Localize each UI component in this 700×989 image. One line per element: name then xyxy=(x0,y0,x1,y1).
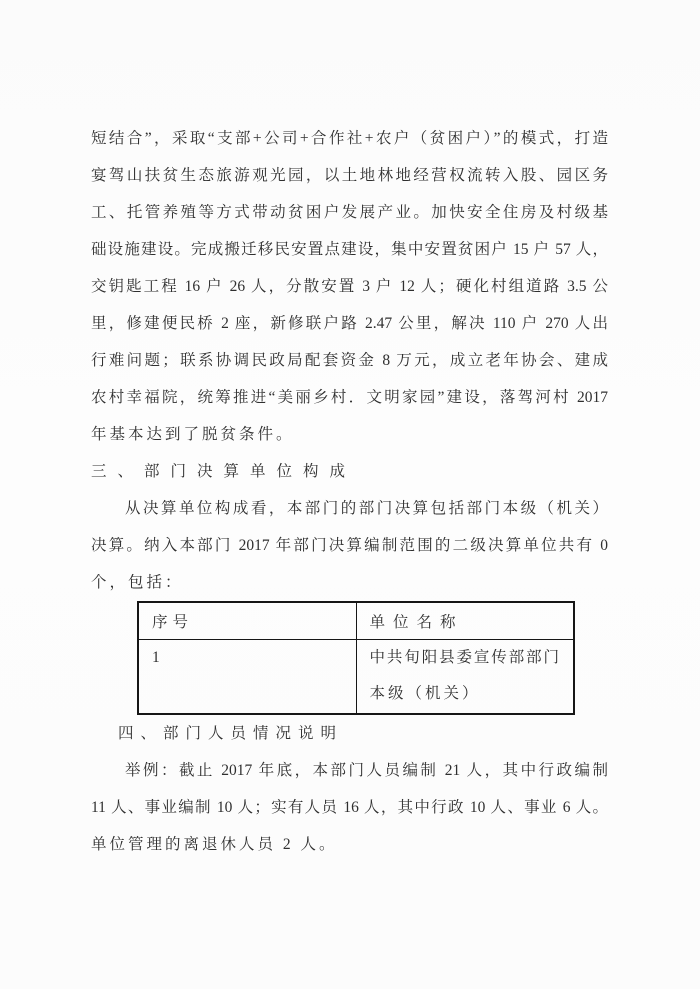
body-line: 单位管理的离退休人员 2 人。 xyxy=(91,826,608,863)
table-header-index: 序号 xyxy=(138,602,356,639)
section-heading-three: 三、部门决算单位构成 xyxy=(91,453,608,490)
body-line: 11 人、事业编制 10 人；实有人员 16 人，其中行政 10 人、事业 6 … xyxy=(91,789,608,826)
body-line: 从决算单位构成看，本部门的部门决算包括部门本级（机关） xyxy=(91,490,608,527)
body-line: 里，修建便民桥 2 座，新修联户路 2.47 公里，解决 110 户 270 人… xyxy=(91,305,608,342)
body-line: 短结合”，采取“支部+公司+合作社+农户（贫困户）”的模式，打造 xyxy=(91,120,608,157)
body-line: 交钥匙工程 16 户 26 人，分散安置 3 户 12 人；硬化村组道路 3.5… xyxy=(91,268,608,305)
section-heading-four: 四、部门人员情况说明 xyxy=(91,715,608,752)
unit-name-line: 中共旬阳县委宣传部部门 xyxy=(370,640,560,676)
body-line: 宴驾山扶贫生态旅游观光园，以土地林地经营权流转入股、园区务 xyxy=(91,157,608,194)
unit-name-cell: 中共旬阳县委宣传部部门 本级（机关） xyxy=(356,639,574,714)
body-line: 行难问题；联系协调民政局配套资金 8 万元，成立老年协会、建成 xyxy=(91,342,608,379)
body-line: 个，包括： xyxy=(91,564,608,601)
table-header-row: 序号 单位名称 xyxy=(138,602,574,639)
document-page: 短结合”，采取“支部+公司+合作社+农户（贫困户）”的模式，打造 宴驾山扶贫生态… xyxy=(0,0,700,989)
body-line: 决算。纳入本部门 2017 年部门决算编制范围的二级决算单位共有 0 xyxy=(91,527,608,564)
units-table: 序号 单位名称 1 中共旬阳县委宣传部部门 本级（机关） xyxy=(137,601,575,715)
document-body: 短结合”，采取“支部+公司+合作社+农户（贫困户）”的模式，打造 宴驾山扶贫生态… xyxy=(91,120,608,863)
unit-index-cell: 1 xyxy=(138,639,356,714)
table-row: 1 中共旬阳县委宣传部部门 本级（机关） xyxy=(138,639,574,714)
body-line: 年基本达到了脱贫条件。 xyxy=(91,416,608,453)
body-line: 础设施建设。完成搬迁移民安置点建设，集中安置贫困户 15 户 57 人， xyxy=(91,231,608,268)
body-line: 农村幸福院，统筹推进“美丽乡村．文明家园”建设，落驾河村 2017 xyxy=(91,379,608,416)
unit-name-line: 本级（机关） xyxy=(370,676,560,712)
body-line: 举例：截止 2017 年底，本部门人员编制 21 人，其中行政编制 xyxy=(91,752,608,789)
table-header-unit-name: 单位名称 xyxy=(356,602,574,639)
body-line: 工、托管养殖等方式带动贫困户发展产业。加快安全住房及村级基 xyxy=(91,194,608,231)
